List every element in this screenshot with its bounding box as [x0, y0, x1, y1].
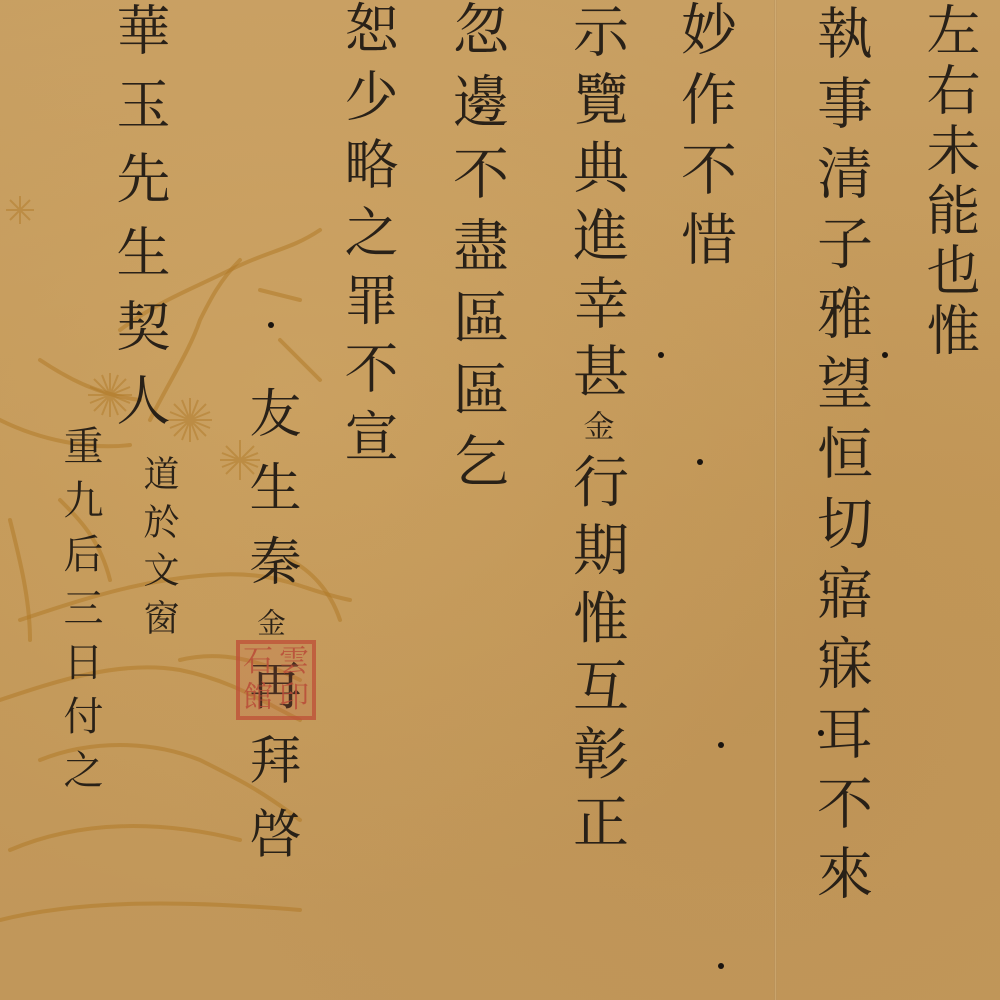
column-4: 示覽典進幸甚金行期惟互彰正	[568, 2, 624, 861]
seal-char-1: 石	[240, 647, 276, 677]
column-4-annotation: 金	[578, 410, 614, 453]
red-seal: 石 雲 館 印	[236, 640, 316, 720]
column-3: 妙作不惜	[676, 0, 732, 280]
column-9-small-note: 道於文窗	[140, 455, 176, 647]
paper-hole	[697, 459, 703, 465]
paper-hole	[882, 352, 888, 358]
column-2: 執事清子雅望恒切寤寐耳不來	[812, 4, 868, 914]
column-7-signature: 友生秦金再拜啓	[244, 386, 296, 881]
paper-hole	[268, 322, 274, 328]
column-4-text-b: 行期惟互彰正	[564, 453, 629, 861]
column-10-date-note: 重九后三日付之	[60, 425, 100, 803]
signature-text-a: 友生秦	[240, 386, 300, 608]
column-5: 忽邊不盡區區乞	[448, 0, 504, 504]
column-8-addressee: 華玉先生契人	[112, 2, 166, 446]
mount-seam	[774, 0, 777, 1000]
seal-char-2: 雲	[276, 647, 312, 677]
paper-hole	[718, 742, 724, 748]
paper-hole	[718, 963, 724, 969]
paper-hole	[475, 107, 481, 113]
seal-char-3: 館	[240, 683, 276, 713]
column-1: 左右未能也惟	[922, 2, 976, 362]
paper-hole	[818, 730, 824, 736]
seal-char-4: 印	[276, 683, 312, 713]
column-4-text-a: 示覽典進幸甚	[564, 2, 629, 410]
paper-hole	[658, 352, 664, 358]
column-6: 恕少略之罪不宣	[340, 0, 394, 476]
